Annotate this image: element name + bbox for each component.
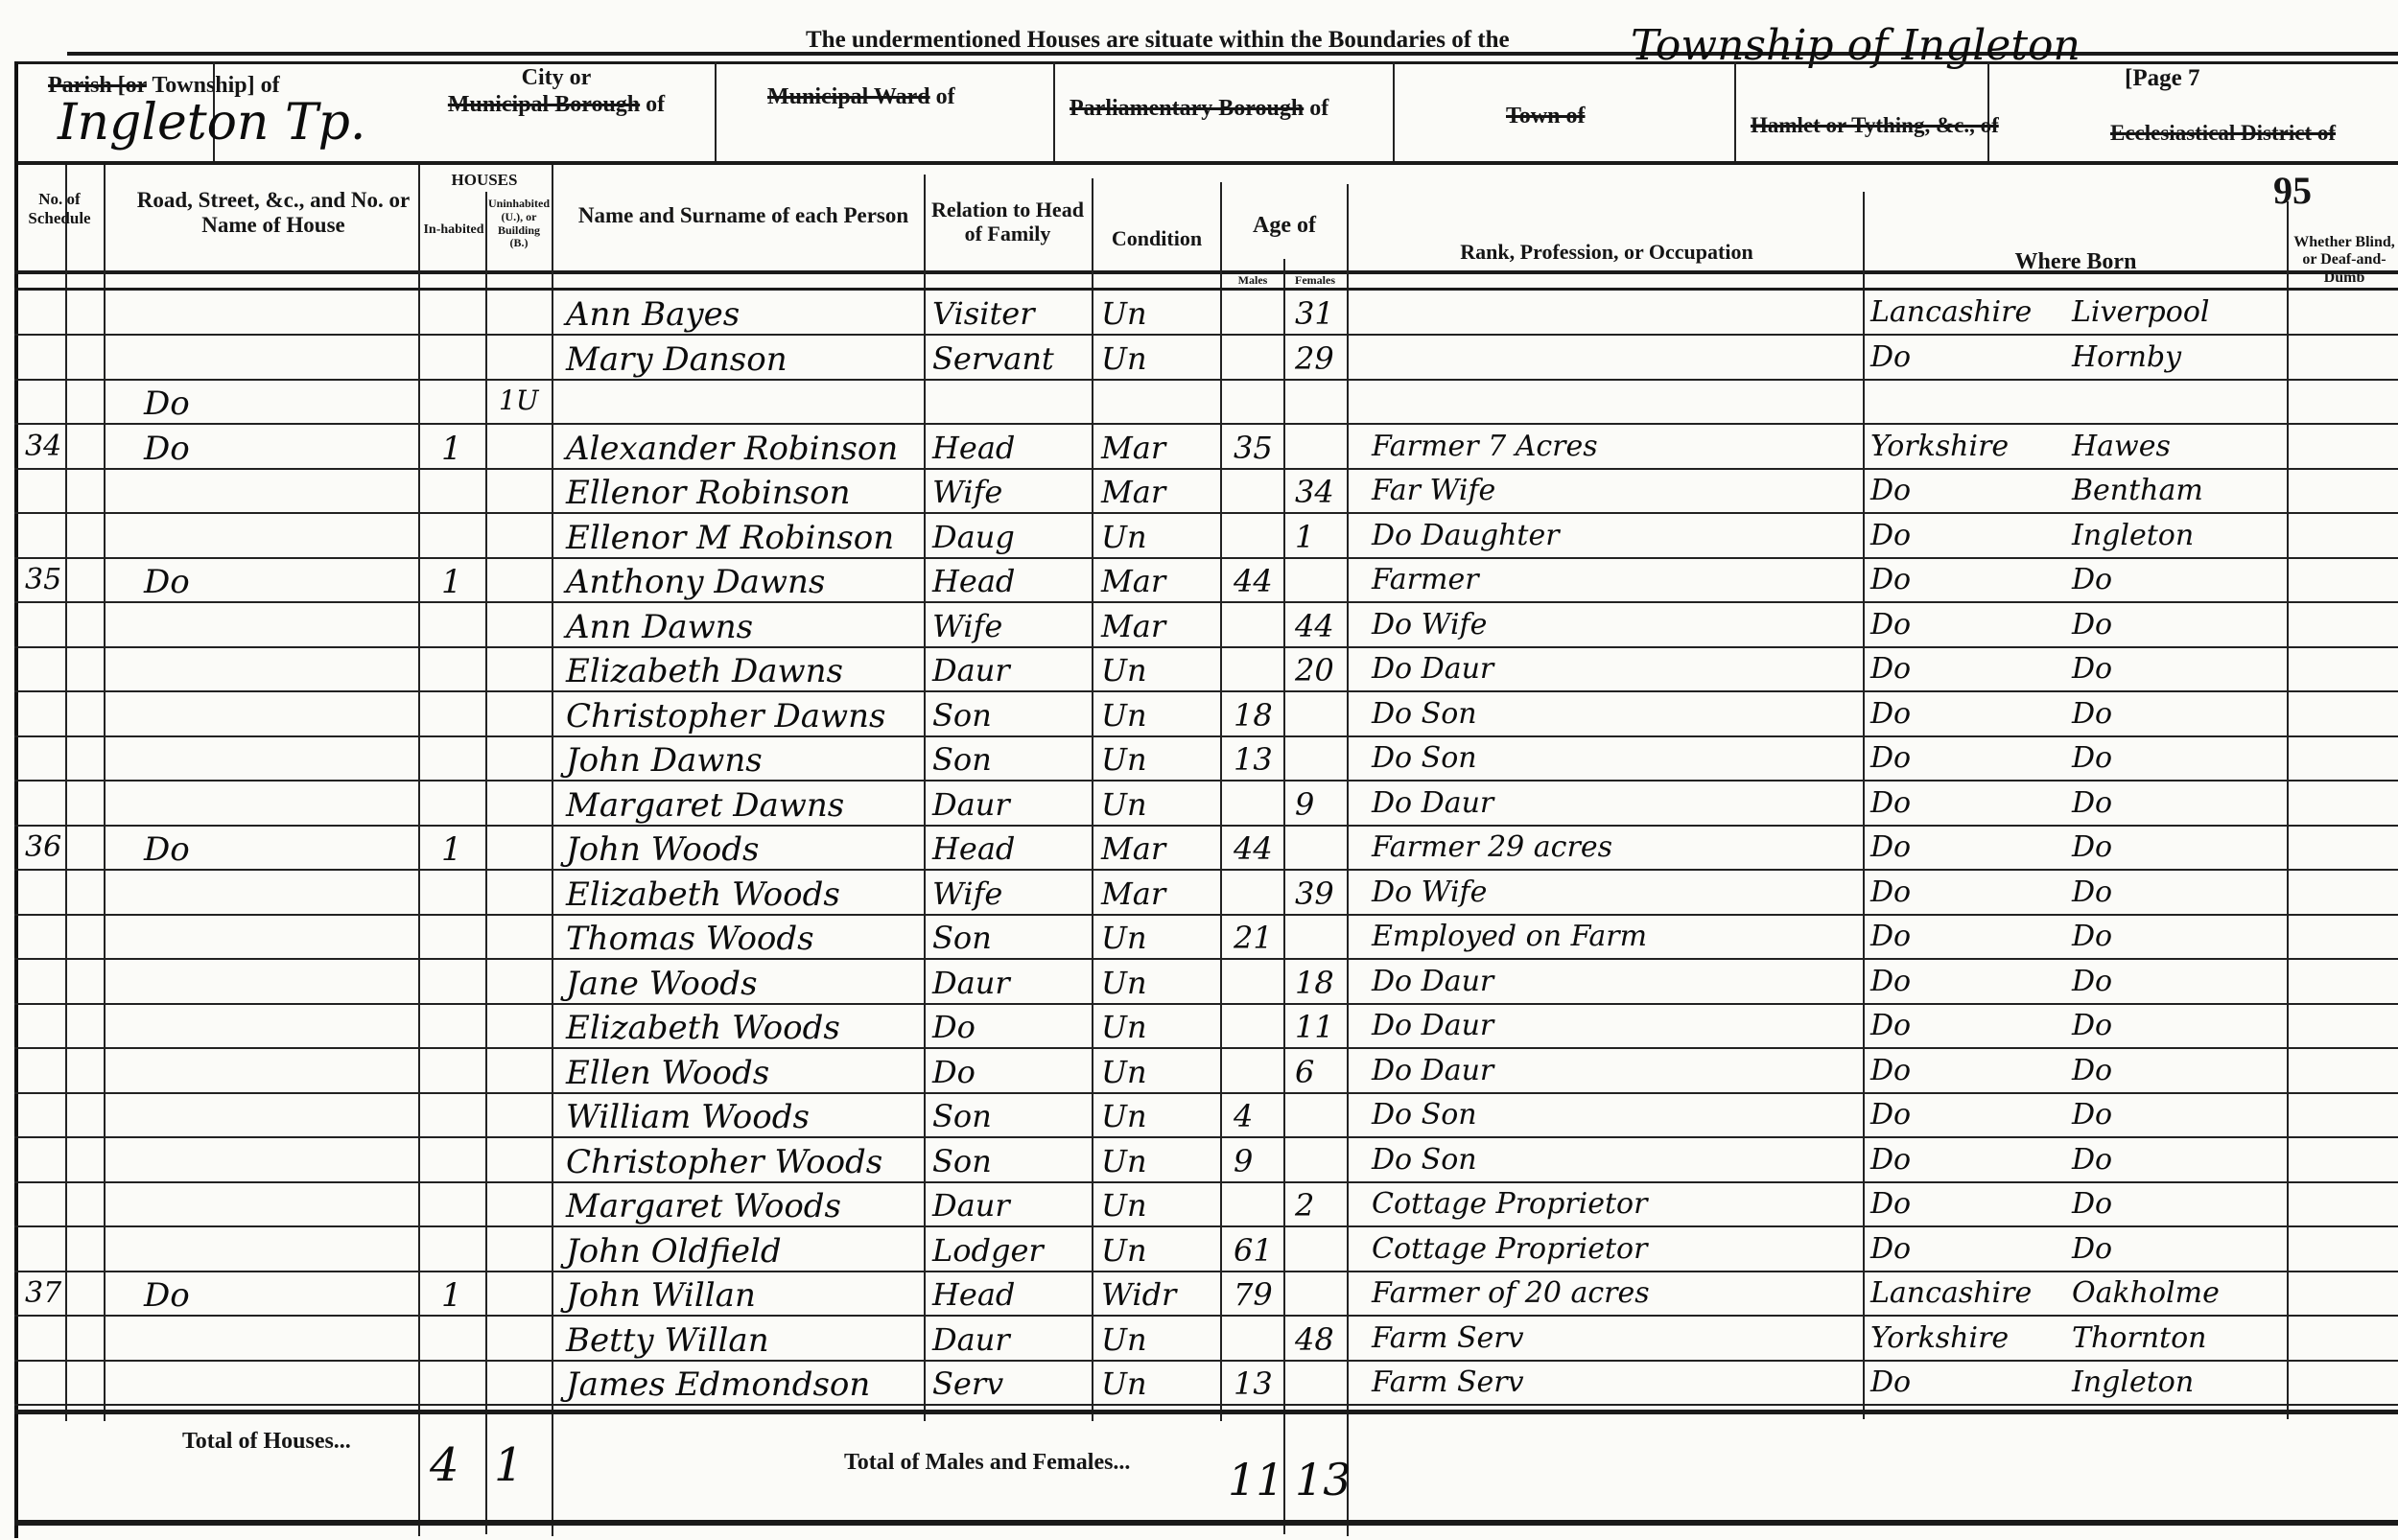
cell-born-county: Do [1870,340,1911,374]
cell-condition: Un [1101,1143,1147,1179]
cell-occupation: Farmer 29 acres [1372,830,1612,864]
cell-male: 44 [1234,563,1273,599]
cell-relation: Son [932,741,992,778]
cell-relation: Servant [932,340,1054,377]
cell-occupation: Do Son [1372,1143,1477,1177]
cell-born-place: Do [2072,608,2112,642]
section-parish-value: Ingleton Tp. [58,94,365,152]
table-row: 34Do1Alexander RobinsonHeadMar35Farmer 7… [0,426,2398,470]
cell-condition: Un [1101,652,1147,688]
cell-born-county: Yorkshire [1870,1321,2009,1355]
col-header-condition: Condition [1095,226,1218,250]
cell-born-place: Do [2072,830,2112,864]
cell-name: Elizabeth Woods [566,1009,840,1047]
cell-name: Margaret Dawns [566,786,844,825]
cell-occupation: Do Son [1372,697,1477,731]
cell-born-county: Do [1870,1098,1911,1132]
cell-road: Do [144,430,190,468]
cell-occupation: Farmer 7 Acres [1372,430,1598,463]
cell-relation: Daur [932,1187,1010,1224]
cell-name: John Willan [566,1276,756,1315]
cell-condition: Un [1101,340,1147,377]
rule [715,61,717,161]
cell-name: Jane Woods [566,965,758,1003]
table-row: James EdmondsonServUn13Farm ServDoInglet… [0,1362,2398,1406]
cell-born-place: Do [2072,1187,2112,1221]
cell-born-place: Ingleton [2072,519,2194,552]
cell-condition: Un [1101,1009,1147,1045]
table-row: Betty WillanDaurUn48Farm ServYorkshireTh… [0,1318,2398,1362]
cell-occupation: Do Daughter [1372,519,1560,552]
cell-occupation: Do Son [1372,1098,1477,1132]
cell-condition: Un [1101,965,1147,1001]
cell-condition: Un [1101,295,1147,332]
cell-condition: Un [1101,1187,1147,1224]
cell-condition: Un [1101,920,1147,956]
rule [1734,61,1736,161]
rule [1053,61,1055,161]
cell-male: 44 [1234,830,1273,867]
cell-relation: Daur [932,652,1010,688]
cell-male: 13 [1234,741,1273,778]
table-row: William WoodsSonUn4Do SonDoDo [0,1094,2398,1138]
cell-female: 44 [1295,608,1334,644]
cell-female: 48 [1295,1321,1334,1358]
cell-relation: Visiter [932,295,1035,332]
cell-name: John Woods [566,830,760,869]
cell-female: 11 [1295,1009,1334,1045]
cell-name: Alexander Robinson [566,430,898,468]
table-row: John DawnsSonUn13Do SonDoDo [0,737,2398,782]
cell-relation: Do [932,1009,976,1045]
cell-name: Ann Dawns [566,608,753,646]
cell-female: 34 [1295,474,1334,510]
col-header-name: Name and Surname of each Person [576,203,911,228]
census-page: The undermentioned Houses are situate wi… [0,0,2398,1540]
cell-schedule: 37 [25,1276,61,1310]
cell-condition: Un [1101,1232,1147,1269]
cell-condition: Un [1101,786,1147,823]
cell-born-county: Do [1870,1187,1911,1221]
cell-condition: Un [1101,1098,1147,1134]
cell-born-county: Do [1870,608,1911,642]
cell-male: 4 [1234,1098,1253,1134]
cell-occupation: Do Daur [1372,652,1493,686]
cell-condition: Mar [1101,430,1165,466]
cell-born-place: Do [2072,786,2112,820]
cell-born-county: Do [1870,474,1911,507]
cell-female: 2 [1295,1187,1314,1224]
rule [14,1410,2398,1414]
cell-name: Betty Willan [566,1321,769,1360]
cell-occupation: Cottage Proprietor [1372,1232,1647,1266]
cell-road: Do [144,830,190,869]
cell-relation: Wife [932,474,1002,510]
table-row: Margaret WoodsDaurUn2Cottage ProprietorD… [0,1183,2398,1227]
cell-male: 61 [1234,1232,1273,1269]
cell-born-place: Do [2072,1143,2112,1177]
cell-born-place: Do [2072,741,2112,775]
cell-relation: Son [932,697,992,734]
cell-occupation: Do Wife [1372,608,1487,642]
cell-female: 39 [1295,875,1334,912]
cell-relation: Daur [932,965,1010,1001]
cell-relation: Son [932,1143,992,1179]
cell-uninh: 1U [499,385,538,416]
cell-condition: Mar [1101,830,1165,867]
cell-occupation: Do Daur [1372,965,1493,998]
cell-male: 35 [1234,430,1273,466]
col-header-houses: HOUSES [422,171,547,190]
cell-born-place: Bentham [2072,474,2203,507]
cell-name: Anthony Dawns [566,563,825,601]
table-row: Elizabeth DawnsDaurUn20Do DaurDoDo [0,648,2398,692]
table-row: Ellen WoodsDoUn6Do DaurDoDo [0,1050,2398,1094]
cell-schedule: 36 [25,830,61,864]
cell-relation: Head [932,830,1015,867]
cell-condition: Un [1101,741,1147,778]
table-row: John OldfieldLodgerUn61Cottage Proprieto… [0,1228,2398,1272]
total-houses-uninhabited: 1 [494,1438,524,1492]
cell-born-county: Yorkshire [1870,430,2009,463]
folio-number: 95 [2273,169,2312,213]
rule [1393,61,1395,161]
cell-condition: Un [1101,519,1147,555]
cell-name: Thomas Woods [566,920,814,958]
cell-condition: Un [1101,1054,1147,1090]
rule [14,161,2398,165]
cell-condition: Mar [1101,875,1165,912]
cell-occupation: Do Daur [1372,1054,1493,1087]
section-ward-label: Municipal Ward of [767,84,955,111]
cell-condition: Un [1101,1321,1147,1358]
cell-relation: Head [932,563,1015,599]
cell-born-county: Do [1870,786,1911,820]
section-ecclesiastical-label: Ecclesiastical District of [2110,121,2336,146]
table-row: 36Do1John WoodsHeadMar44Farmer 29 acresD… [0,827,2398,871]
section-city-label: City orMunicipal Borough of [403,65,710,118]
cell-road: Do [144,1276,190,1315]
cell-road: Do [144,385,190,423]
cell-male: 21 [1234,920,1273,956]
rule [14,61,2398,64]
col-header-where-born: Where Born [1867,249,2285,276]
cell-occupation: Do Daur [1372,1009,1493,1042]
cell-name: Margaret Woods [566,1187,841,1225]
page-number: [Page 7 [2125,65,2199,93]
cell-name: James Edmondson [566,1365,870,1404]
total-males: 11 [1228,1454,1284,1505]
cell-occupation: Farmer of 20 acres [1372,1276,1650,1310]
total-persons-label: Total of Males and Females... [844,1450,1130,1477]
cell-relation: Head [932,1276,1015,1313]
total-females: 13 [1295,1454,1352,1505]
col-header-schedule: No. of Schedule [21,190,98,227]
table-row: Do1U [0,381,2398,425]
cell-born-county: Do [1870,563,1911,596]
cell-born-place: Liverpool [2072,295,2209,329]
cell-inh: 1 [441,430,462,468]
table-row: Mary DansonServantUn29DoHornby [0,337,2398,381]
cell-born-county: Do [1870,1054,1911,1087]
col-header-females: Females [1285,274,1345,288]
cell-condition: Mar [1101,563,1165,599]
cell-born-place: Hornby [2072,340,2181,374]
cell-inh: 1 [441,830,462,869]
cell-male: 9 [1234,1143,1253,1179]
cell-condition: Widr [1101,1276,1176,1313]
table-row: Christopher WoodsSonUn9Do SonDoDo [0,1139,2398,1183]
cell-born-place: Do [2072,1098,2112,1132]
cell-born-county: Do [1870,519,1911,552]
cell-born-county: Do [1870,965,1911,998]
cell-born-county: Do [1870,652,1911,686]
cell-born-place: Do [2072,1232,2112,1266]
cell-relation: Daug [932,519,1015,555]
cell-name: Ellenor M Robinson [566,519,894,557]
table-row: Ann BayesVisiterUn31LancashireLiverpool [0,292,2398,336]
cell-born-place: Do [2072,1009,2112,1042]
cell-name: John Oldfield [566,1232,782,1271]
cell-condition: Un [1101,1365,1147,1402]
table-row: Ellenor RobinsonWifeMar34Far WifeDoBenth… [0,470,2398,514]
table-row: Thomas WoodsSonUn21Employed on FarmDoDo [0,916,2398,960]
cell-name: Ann Bayes [566,295,740,334]
cell-condition: Mar [1101,474,1165,510]
cell-born-place: Do [2072,697,2112,731]
cell-born-place: Do [2072,920,2112,953]
cell-born-place: Do [2072,563,2112,596]
table-row: 35Do1Anthony DawnsHeadMar44FarmerDoDo [0,559,2398,603]
cell-relation: Serv [932,1365,1003,1402]
total-houses-inhabited: 4 [430,1438,459,1492]
col-header-uninhabited: Uninhabited (U.), or Building (B.) [487,198,551,250]
table-row: Margaret DawnsDaurUn9Do DaurDoDo [0,782,2398,827]
cell-born-place: Do [2072,652,2112,686]
section-town-label: Town of [1506,104,1585,130]
cell-female: 18 [1295,965,1334,1001]
cell-relation: Son [932,1098,992,1134]
cell-born-place: Oakholme [2072,1276,2220,1310]
table-row: Elizabeth WoodsDoUn11Do DaurDoDo [0,1005,2398,1049]
rule [14,288,2398,291]
cell-female: 31 [1295,295,1334,332]
cell-schedule: 34 [25,430,61,463]
total-houses-label: Total of Houses... [182,1429,351,1456]
cell-born-county: Do [1870,875,1911,909]
cell-born-place: Do [2072,965,2112,998]
cell-born-county: Do [1870,920,1911,953]
cell-relation: Do [932,1054,976,1090]
cell-relation: Daur [932,1321,1010,1358]
section-hamlet-label: Hamlet or Tything, &c., of [1751,113,1999,138]
cell-male: 79 [1234,1276,1273,1313]
cell-name: John Dawns [566,741,763,780]
cell-name: Ellen Woods [566,1054,769,1092]
col-header-occupation: Rank, Profession, or Occupation [1352,240,1861,264]
cell-female: 29 [1295,340,1334,377]
col-header-road: Road, Street, &c., and No. or Name of Ho… [134,188,412,239]
cell-name: Christopher Dawns [566,697,885,735]
cell-relation: Wife [932,875,1002,912]
col-header-age: Age of [1224,213,1345,240]
cell-occupation: Do Daur [1372,786,1493,820]
cell-occupation: Farm Serv [1372,1321,1524,1355]
cell-inh: 1 [441,1276,462,1315]
cell-name: Ellenor Robinson [566,474,851,512]
cell-born-county: Do [1870,1009,1911,1042]
cell-born-county: Do [1870,830,1911,864]
cell-inh: 1 [441,563,462,601]
cell-name: Christopher Woods [566,1143,882,1181]
cell-born-place: Do [2072,875,2112,909]
cell-occupation: Farmer [1372,563,1479,596]
cell-male: 18 [1234,697,1273,734]
cell-born-county: Do [1870,697,1911,731]
cell-condition: Un [1101,697,1147,734]
cell-relation: Daur [932,786,1010,823]
cell-occupation: Employed on Farm [1372,920,1647,953]
cell-born-county: Do [1870,1232,1911,1266]
cell-born-place: Ingleton [2072,1365,2194,1399]
cell-born-county: Do [1870,741,1911,775]
cell-occupation: Do Wife [1372,875,1487,909]
cell-name: Mary Danson [566,340,788,379]
cell-female: 20 [1295,652,1334,688]
cell-female: 6 [1295,1054,1314,1090]
cell-relation: Wife [932,608,1002,644]
cell-road: Do [144,563,190,601]
col-header-inhabited: In-habited [422,222,485,238]
cell-occupation: Far Wife [1372,474,1495,507]
cell-schedule: 35 [25,563,61,596]
cell-name: Elizabeth Woods [566,875,840,914]
cell-occupation: Cottage Proprietor [1372,1187,1647,1221]
cell-occupation: Do Son [1372,741,1477,775]
col-header-blind: Whether Blind, or Deaf-and-Dumb [2291,234,2398,287]
table-row: Ann DawnsWifeMar44Do WifeDoDo [0,604,2398,648]
cell-relation: Lodger [932,1232,1044,1269]
cell-name: William Woods [566,1098,810,1136]
cell-relation: Son [932,920,992,956]
cell-born-place: Hawes [2072,430,2171,463]
rule [1987,61,1989,161]
cell-female: 1 [1295,519,1314,555]
cell-born-county: Do [1870,1365,1911,1399]
page-title-printed: The undermentioned Houses are situate wi… [806,27,1510,55]
table-row: 37Do1John WillanHeadWidr79Farmer of 20 a… [0,1272,2398,1317]
cell-born-place: Do [2072,1054,2112,1087]
table-row: Ellenor M RobinsonDaugUn1Do DaughterDoIn… [0,515,2398,559]
col-header-males: Males [1224,274,1281,288]
cell-relation: Head [932,430,1015,466]
col-header-relation: Relation to Head of Family [929,198,1087,246]
table-row: Jane WoodsDaurUn18Do DaurDoDo [0,961,2398,1005]
table-row: Christopher DawnsSonUn18Do SonDoDo [0,693,2398,737]
cell-name: Elizabeth Dawns [566,652,843,690]
cell-born-county: Do [1870,1143,1911,1177]
cell-born-county: Lancashire [1870,295,2032,329]
cell-condition: Mar [1101,608,1165,644]
section-parliamentary-label: Parliamentary Borough of [1070,96,1328,123]
rule [14,1520,2398,1526]
cell-male: 13 [1234,1365,1273,1402]
cell-born-place: Thornton [2072,1321,2207,1355]
cell-female: 9 [1295,786,1314,823]
cell-occupation: Farm Serv [1372,1365,1524,1399]
cell-born-county: Lancashire [1870,1276,2032,1310]
table-row: Elizabeth WoodsWifeMar39Do WifeDoDo [0,872,2398,916]
